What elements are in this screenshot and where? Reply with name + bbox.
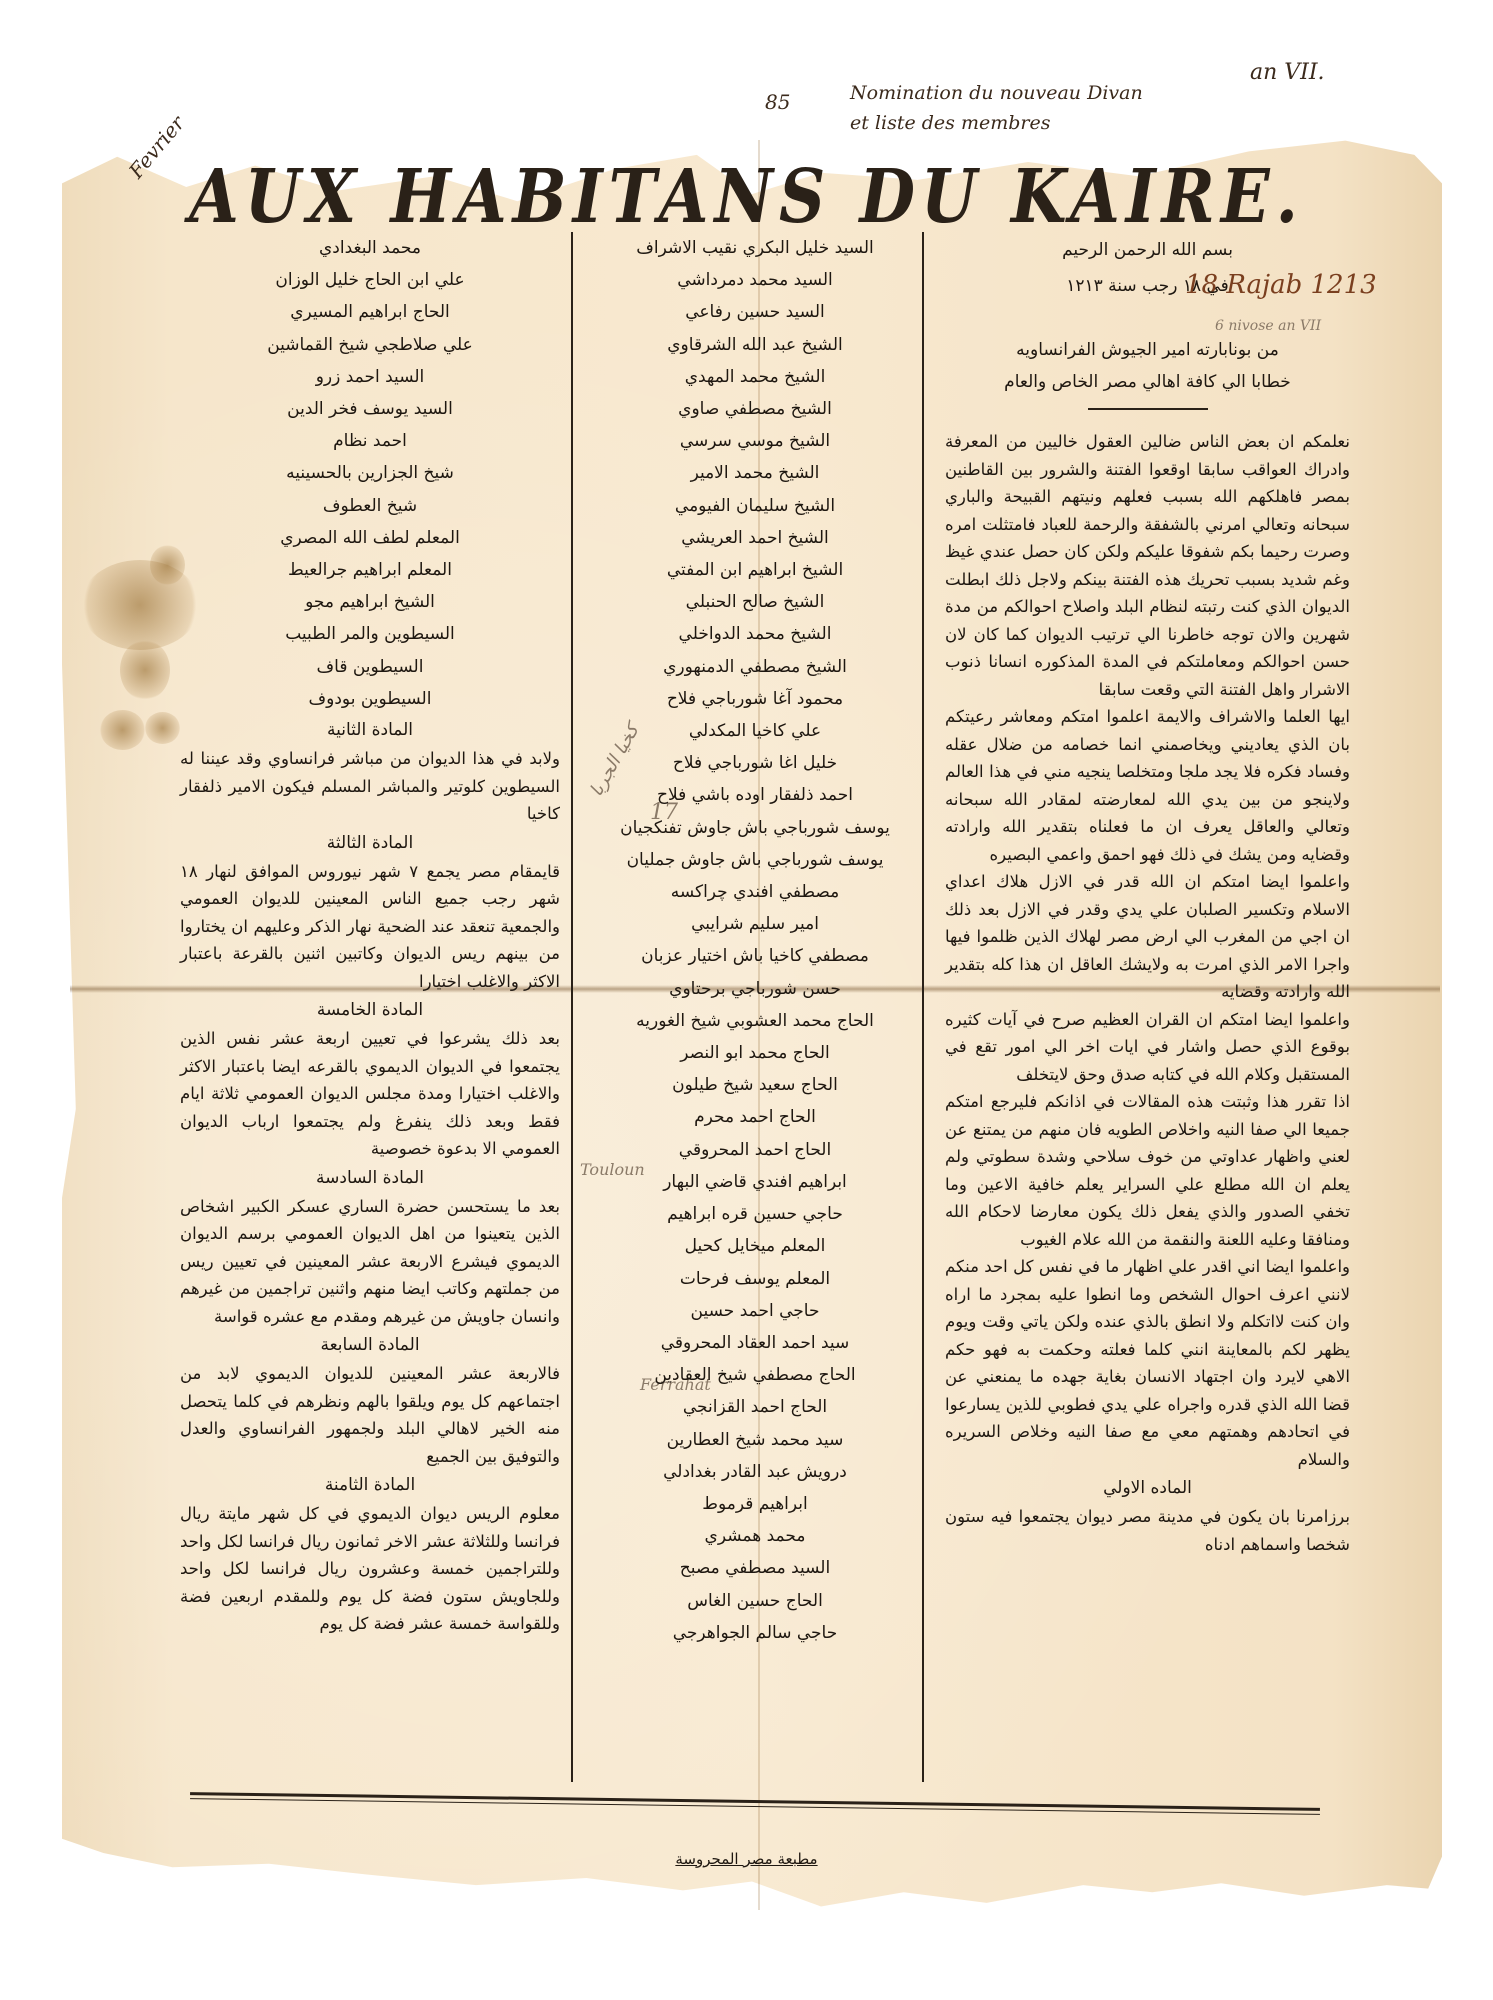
member-name: الشيخ مصطفي الدمنهوري [600,651,910,683]
member-name: سيد احمد العقاد المحروقي [600,1327,910,1359]
article-7-text: فالاربعة عشر المعينين للديوان الديموي لا… [180,1360,560,1470]
member-name: احمد ذلفقار اوده باشي فلاح [600,779,910,811]
member-name: المعلم يوسف فرحات [600,1263,910,1295]
member-name: حسن شورباجي برحتاوي [600,973,910,1005]
member-name: الشيخ محمد الدواخلي [600,618,910,650]
header-line-1: من بونابارته امير الجيوش الفرانساويه [945,334,1350,366]
annotation-note-line2: et liste des membres [850,112,1050,134]
separator-rule [1088,408,1208,410]
member-name: الشيخ ابراهيم مجو [180,586,560,618]
middle-column-names: السيد خليل البكري نقيب الاشراف السيد محم… [600,232,910,1649]
member-name: حاجي سالم الجواهرجي [600,1617,910,1649]
article-6-text: بعد ما يستحسن حضرة الساري عسكر الكبير اش… [180,1193,560,1331]
column-divider [922,232,924,1782]
article-5-heading: المادة الخامسة [180,995,560,1025]
member-name: الحاج محمد العشوبي شيخ الغوريه [600,1005,910,1037]
column-divider [571,232,573,1782]
member-name: محمد البغدادي [180,232,560,264]
member-name: امير سليم شرايبي [600,908,910,940]
article-1-text: برزامرنا بان يكون في مدينة مصر ديوان يجت… [945,1503,1350,1558]
member-name: السيد مصطفي مصبح [600,1552,910,1584]
member-name: الحاج احمد محرم [600,1101,910,1133]
date-line: في ١٨ رجب سنة ١٢١٣ [945,268,1350,304]
member-name: السيد خليل البكري نقيب الاشراف [600,232,910,264]
page-title: AUX HABITANS DU KAIRE. [0,154,1493,240]
member-name: مصطفي كاخيا باش اختيار عزبان [600,940,910,972]
member-name: الحاج احمد المحروقي [600,1134,910,1166]
member-name: خليل اغا شورباجي فلاح [600,747,910,779]
header-line-2: خطابا الي كافة اهالي مصر الخاص والعام [945,366,1350,398]
member-name: احمد نظام [180,425,560,457]
member-name: الشيخ عبد الله الشرقاوي [600,329,910,361]
member-name: شيخ الجزارين بالحسينيه [180,457,560,489]
member-name: علي صلاطجي شيخ القماشين [180,329,560,361]
member-name: الشيخ ابراهيم ابن المفتي [600,554,910,586]
member-name: الشيخ موسي سرسي [600,425,910,457]
member-name: الحاج مصطفي شيخ العقادين [600,1359,910,1391]
member-name: يوسف شورباجي باش جاوش جمليان [600,844,910,876]
member-name: علي ابن الحاج خليل الوزان [180,264,560,296]
member-name: الشيخ مصطفي صاوي [600,393,910,425]
member-name: الحاج ابراهيم المسيري [180,296,560,328]
member-name: السيد احمد زرو [180,361,560,393]
member-name: درويش عبد القادر بغدادلي [600,1456,910,1488]
member-name: الحاج حسين الغاس [600,1585,910,1617]
annotation-number: 85 [765,90,790,114]
proclamation-paragraph: واعلموا ايضا امتكم ان القران العظيم صرح … [945,1006,1350,1089]
left-column: محمد البغدادي علي ابن الحاج خليل الوزان … [180,232,560,1638]
article-6-heading: المادة السادسة [180,1163,560,1193]
member-name: يوسف شورباجي باش جاوش تفنكجيان [600,812,910,844]
article-3-text: قايمقام مصر يجمع ٧ شهر نيوروس الموافق لن… [180,858,560,996]
stain [120,640,170,700]
member-name: المعلم لطف الله المصري [180,522,560,554]
member-name: ابراهيم افندي قاضي البهار [600,1166,910,1198]
annotation-note-line1: Nomination du nouveau Divan [850,82,1143,104]
proclamation-paragraph: نعلمكم ان بعض الناس ضالين العقول خاليين … [945,428,1350,703]
member-name: محمود آغا شورباجي فلاح [600,683,910,715]
member-name: حاجي حسين قره ابراهيم [600,1198,910,1230]
article-8-heading: المادة الثامنة [180,1470,560,1500]
member-name: علي كاخيا المكدلي [600,715,910,747]
annotation-top-right: an VII. [1250,60,1325,85]
article-5-text: بعد ذلك يشرعوا في تعيين اربعة عشر نفس ال… [180,1025,560,1163]
article-2-text: ولابد في هذا الديوان من مباشر فرانساوي و… [180,745,560,828]
member-name: السيد محمد دمرداشي [600,264,910,296]
member-name: الحاج احمد القزانجي [600,1391,910,1423]
printer-imprint: مطبعة مصر المحروسة [0,1850,1493,1868]
basmala: بسم الله الرحمن الرحيم [945,232,1350,268]
member-name: المعلم ميخايل كحيل [600,1230,910,1262]
article-7-heading: المادة السابعة [180,1330,560,1360]
member-name: الشيخ سليمان الفيومي [600,490,910,522]
member-name: الشيخ محمد المهدي [600,361,910,393]
article-3-heading: المادة الثالثة [180,828,560,858]
member-name: حاجي احمد حسين [600,1295,910,1327]
member-name: مصطفي افندي چراكسه [600,876,910,908]
proclamation-paragraph: ايها العلما والاشراف والايمة اعلموا امتك… [945,703,1350,868]
member-name: ابراهيم قرموط [600,1488,910,1520]
member-name: السيد حسين رفاعي [600,296,910,328]
proclamation-paragraph: اذا تقرر هذا وثبتت هذه المقالات في اذانك… [945,1088,1350,1253]
member-name: الحاج محمد ابو النصر [600,1037,910,1069]
article-8-text: معلوم الريس ديوان الديموي في كل شهر مايت… [180,1500,560,1638]
member-name: شيخ العطوف [180,490,560,522]
member-name: سيد محمد شيخ العطارين [600,1424,910,1456]
member-name: الشيخ صالح الحنبلي [600,586,910,618]
proclamation-paragraph: واعلموا ايضا امتكم ان الله قدر في الازل … [945,868,1350,1006]
member-name: محمد همشري [600,1520,910,1552]
member-name: الحاج سعيد شيخ طيلون [600,1069,910,1101]
proclamation-paragraph: واعلموا ايضا اني اقدر علي اظهار ما في نف… [945,1253,1350,1473]
member-name: المعلم ابراهيم جرالعيط [180,554,560,586]
stain [145,712,180,744]
member-name: السيطوين والمر الطبيب [180,618,560,650]
right-column: بسم الله الرحمن الرحيم في ١٨ رجب سنة ١٢١… [945,232,1350,1558]
article-1-heading: الماده الاولي [945,1473,1350,1503]
member-name: الشيخ احمد العريشي [600,522,910,554]
member-name: السيطوين قاف [180,651,560,683]
member-name: الشيخ محمد الامير [600,457,910,489]
member-name: السيد يوسف فخر الدين [180,393,560,425]
article-2-heading: المادة الثانية [180,715,560,745]
stain [100,710,145,750]
member-name: السيطوين بودوف [180,683,560,715]
